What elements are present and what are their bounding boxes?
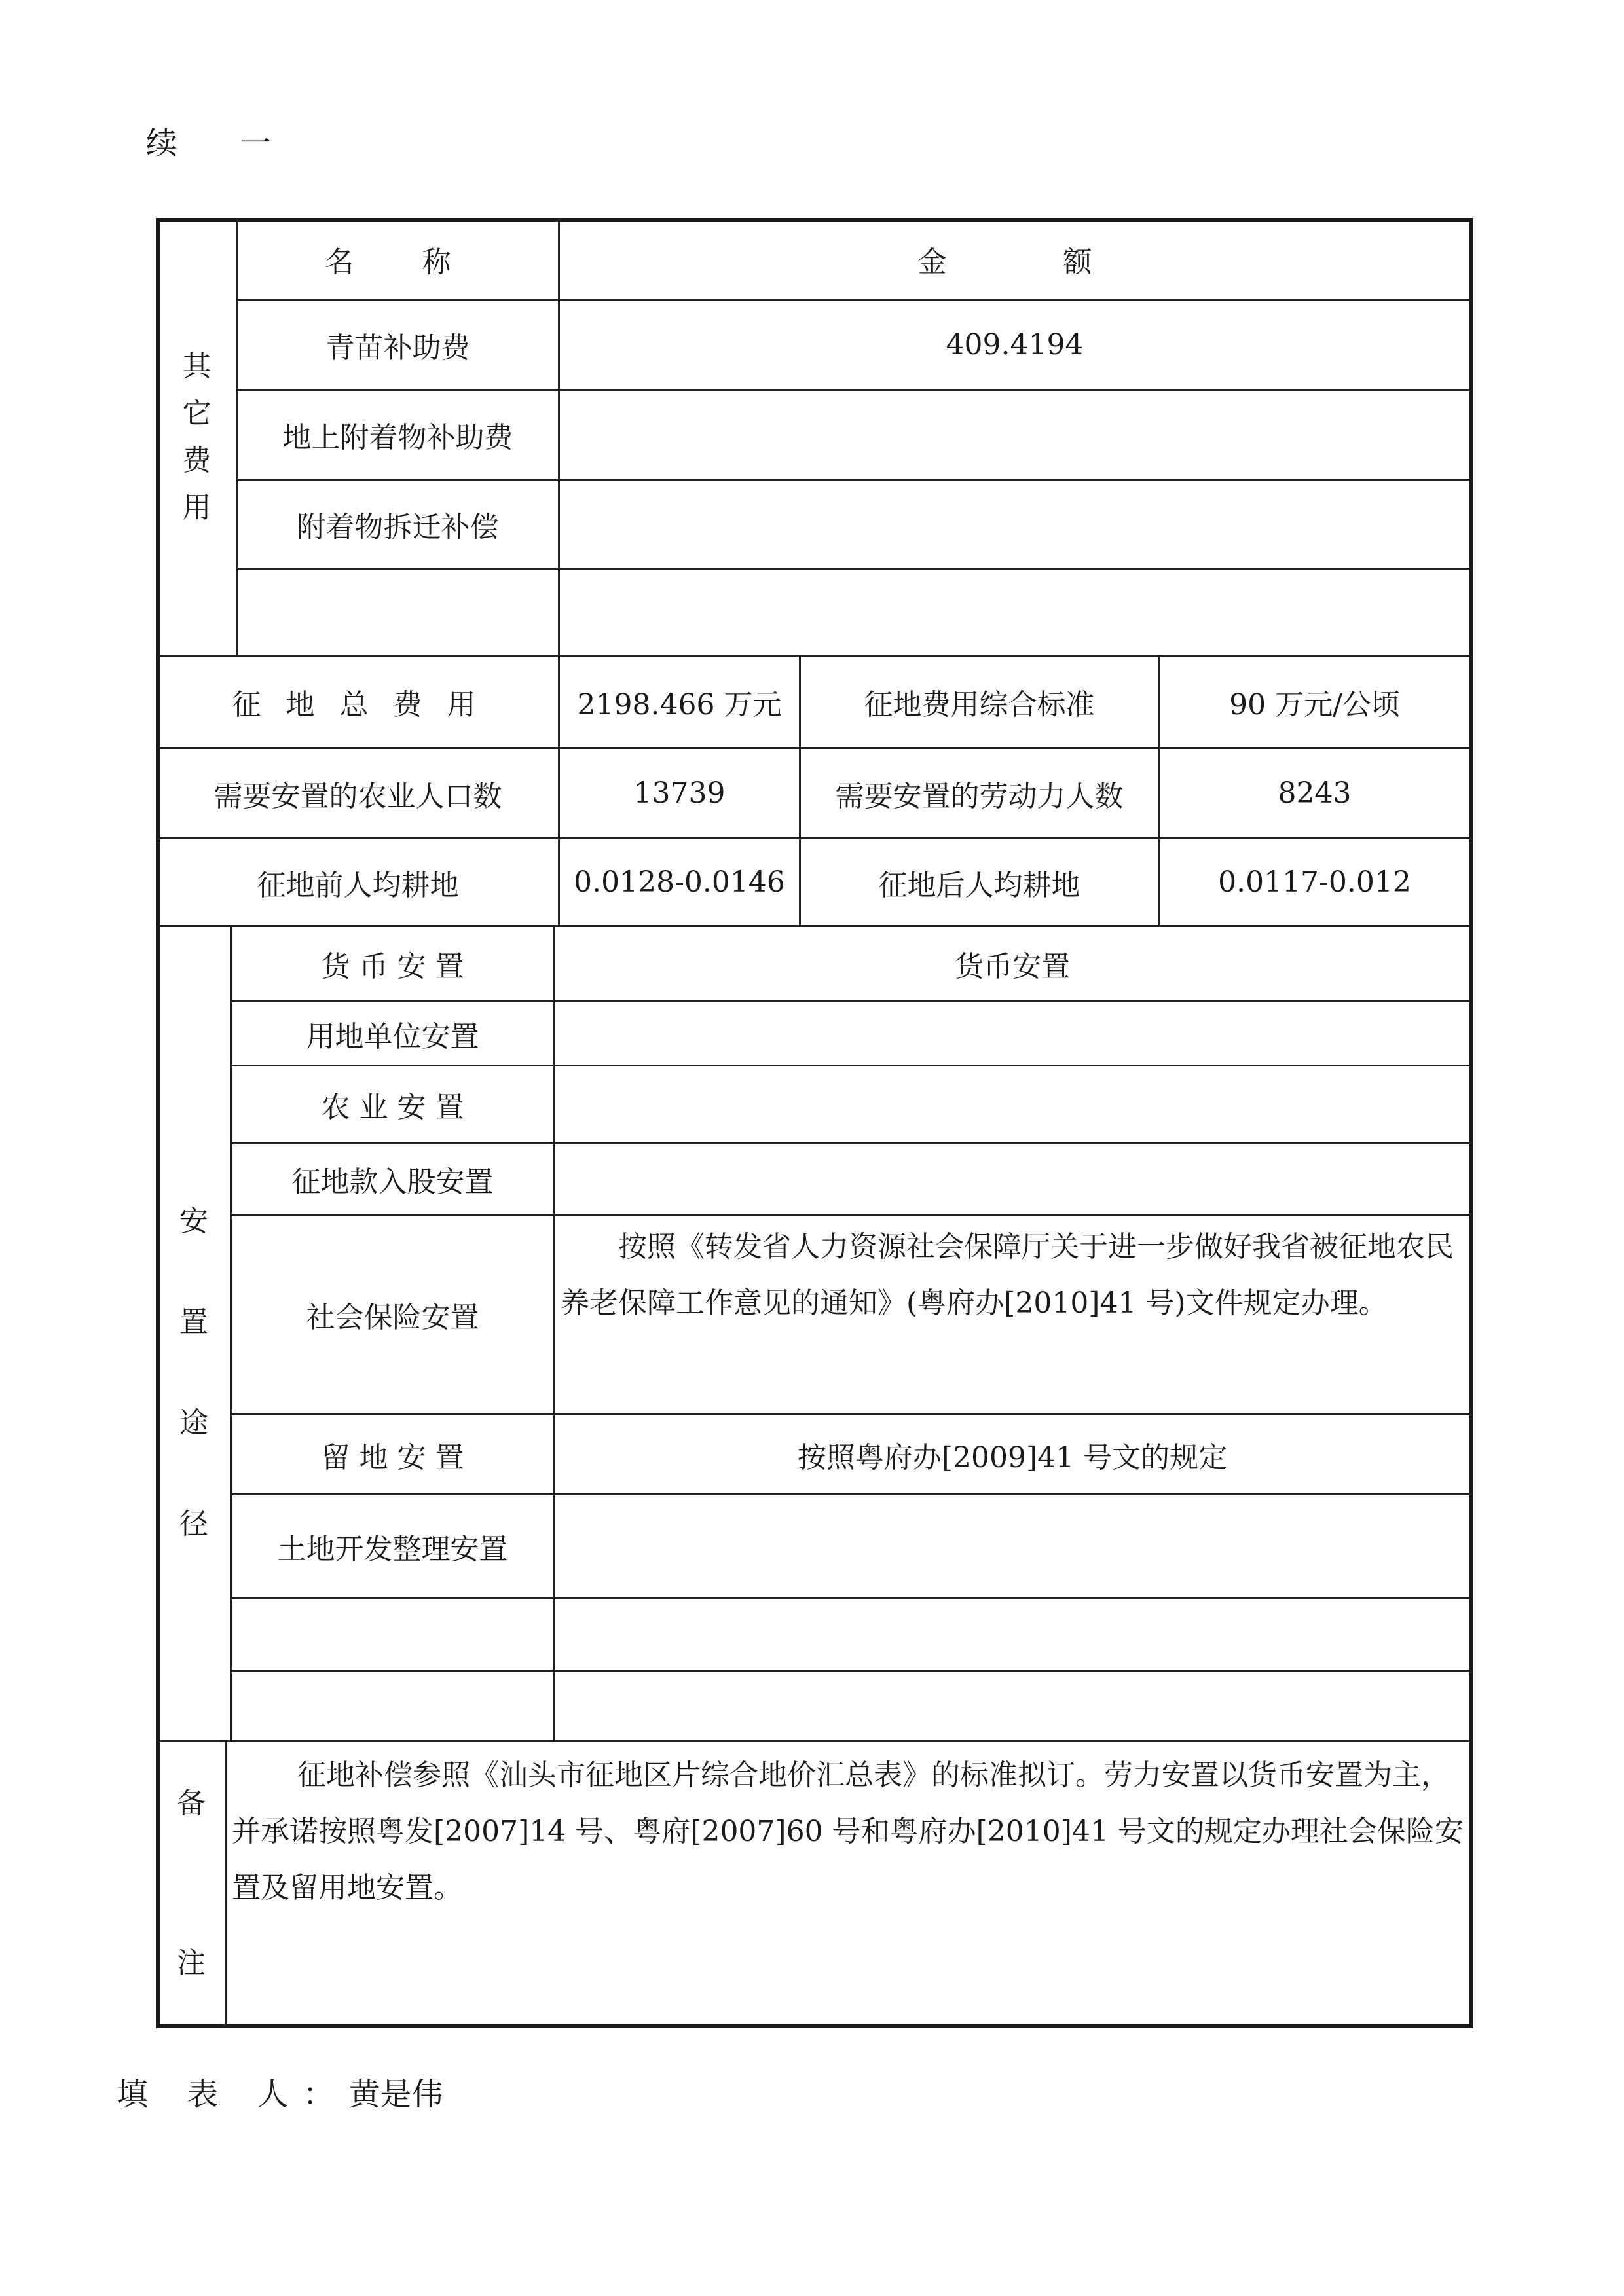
fee-amount: 409.4194 bbox=[560, 301, 1469, 389]
section-label-other-fees: 其 它 费 用 bbox=[158, 220, 236, 655]
remarks-label: 备 注 bbox=[158, 1742, 225, 2024]
section-label-resettlement: 安 置 途 径 bbox=[158, 927, 230, 1740]
resettlement-value bbox=[555, 1672, 1469, 1740]
resettlement-name bbox=[232, 1672, 553, 1740]
summary-value: 13739 bbox=[560, 749, 799, 837]
summary-value: 0.0117-0.012 bbox=[1160, 839, 1469, 925]
summary-label: 征地费用综合标准 bbox=[801, 657, 1158, 747]
label-char: 费 bbox=[183, 446, 212, 475]
resettlement-name bbox=[232, 1599, 553, 1670]
label-char: 安 bbox=[179, 1207, 208, 1236]
fee-amount bbox=[560, 481, 1469, 568]
fee-name bbox=[238, 570, 558, 655]
fee-name: 青苗补助费 bbox=[238, 301, 558, 389]
resettlement-value-social-insurance: 按照《转发省人力资源社会保障厅关于进一步做好我省被征地农民养老保障工作意见的通知… bbox=[555, 1216, 1469, 1413]
label-char: 其 bbox=[183, 352, 212, 381]
label-char: 用 bbox=[183, 494, 212, 522]
table-border-right bbox=[1469, 218, 1473, 2028]
resettlement-value bbox=[555, 1144, 1469, 1214]
filler-name: 黄是伟 bbox=[349, 2076, 443, 2113]
fee-name: 附着物拆迁补偿 bbox=[238, 481, 558, 568]
resettlement-value bbox=[555, 1495, 1469, 1597]
fee-name: 地上附着物补助费 bbox=[238, 391, 558, 479]
summary-value: 2198.466 万元 bbox=[560, 657, 799, 747]
resettlement-name: 征地款入股安置 bbox=[232, 1144, 553, 1214]
resettlement-value bbox=[555, 1599, 1469, 1670]
resettlement-name: 土地开发整理安置 bbox=[232, 1495, 553, 1597]
summary-value: 0.0128-0.0146 bbox=[560, 839, 799, 925]
label-char: 置 bbox=[179, 1308, 208, 1337]
filler-line: 填 表 人：黄是伟 bbox=[117, 2069, 443, 2114]
resettlement-value bbox=[555, 1066, 1469, 1142]
resettlement-name: 用地单位安置 bbox=[232, 1002, 553, 1065]
column-header-name: 名 称 bbox=[238, 220, 558, 299]
resettlement-name: 货 币 安 置 bbox=[232, 927, 553, 1000]
label-char: 径 bbox=[179, 1510, 208, 1539]
label-char: 备 bbox=[177, 1789, 206, 1818]
resettlement-name: 农 业 安 置 bbox=[232, 1066, 553, 1142]
fee-amount bbox=[560, 391, 1469, 479]
summary-label: 需要安置的劳动力人数 bbox=[801, 749, 1158, 837]
remarks-text: 征地补偿参照《汕头市征地区片综合地价汇总表》的标准拟订。劳力安置以货币安置为主，… bbox=[227, 1742, 1469, 2024]
summary-label: 征 地 总 费 用 bbox=[158, 657, 558, 747]
label-char: 它 bbox=[183, 399, 212, 428]
summary-label: 需要安置的农业人口数 bbox=[158, 749, 558, 837]
summary-label: 征地前人均耕地 bbox=[158, 839, 558, 925]
summary-label: 征地后人均耕地 bbox=[801, 839, 1158, 925]
resettlement-name: 留 地 安 置 bbox=[232, 1415, 553, 1493]
table-border-bottom bbox=[156, 2024, 1473, 2028]
column-header-amount: 金 额 bbox=[560, 220, 1469, 299]
resettlement-value: 按照粤府办[2009]41 号文的规定 bbox=[555, 1415, 1469, 1493]
label-char: 途 bbox=[179, 1409, 208, 1438]
fee-amount bbox=[560, 570, 1469, 655]
filler-label: 填 表 人： bbox=[117, 2076, 349, 2113]
resettlement-name: 社会保险安置 bbox=[232, 1216, 553, 1413]
summary-value: 8243 bbox=[1160, 749, 1469, 837]
resettlement-value: 货币安置 bbox=[555, 927, 1469, 1000]
continuation-label: 续 一 bbox=[146, 118, 297, 163]
summary-value: 90 万元/公顷 bbox=[1160, 657, 1469, 747]
label-char: 注 bbox=[177, 1949, 206, 1978]
resettlement-value bbox=[555, 1002, 1469, 1065]
